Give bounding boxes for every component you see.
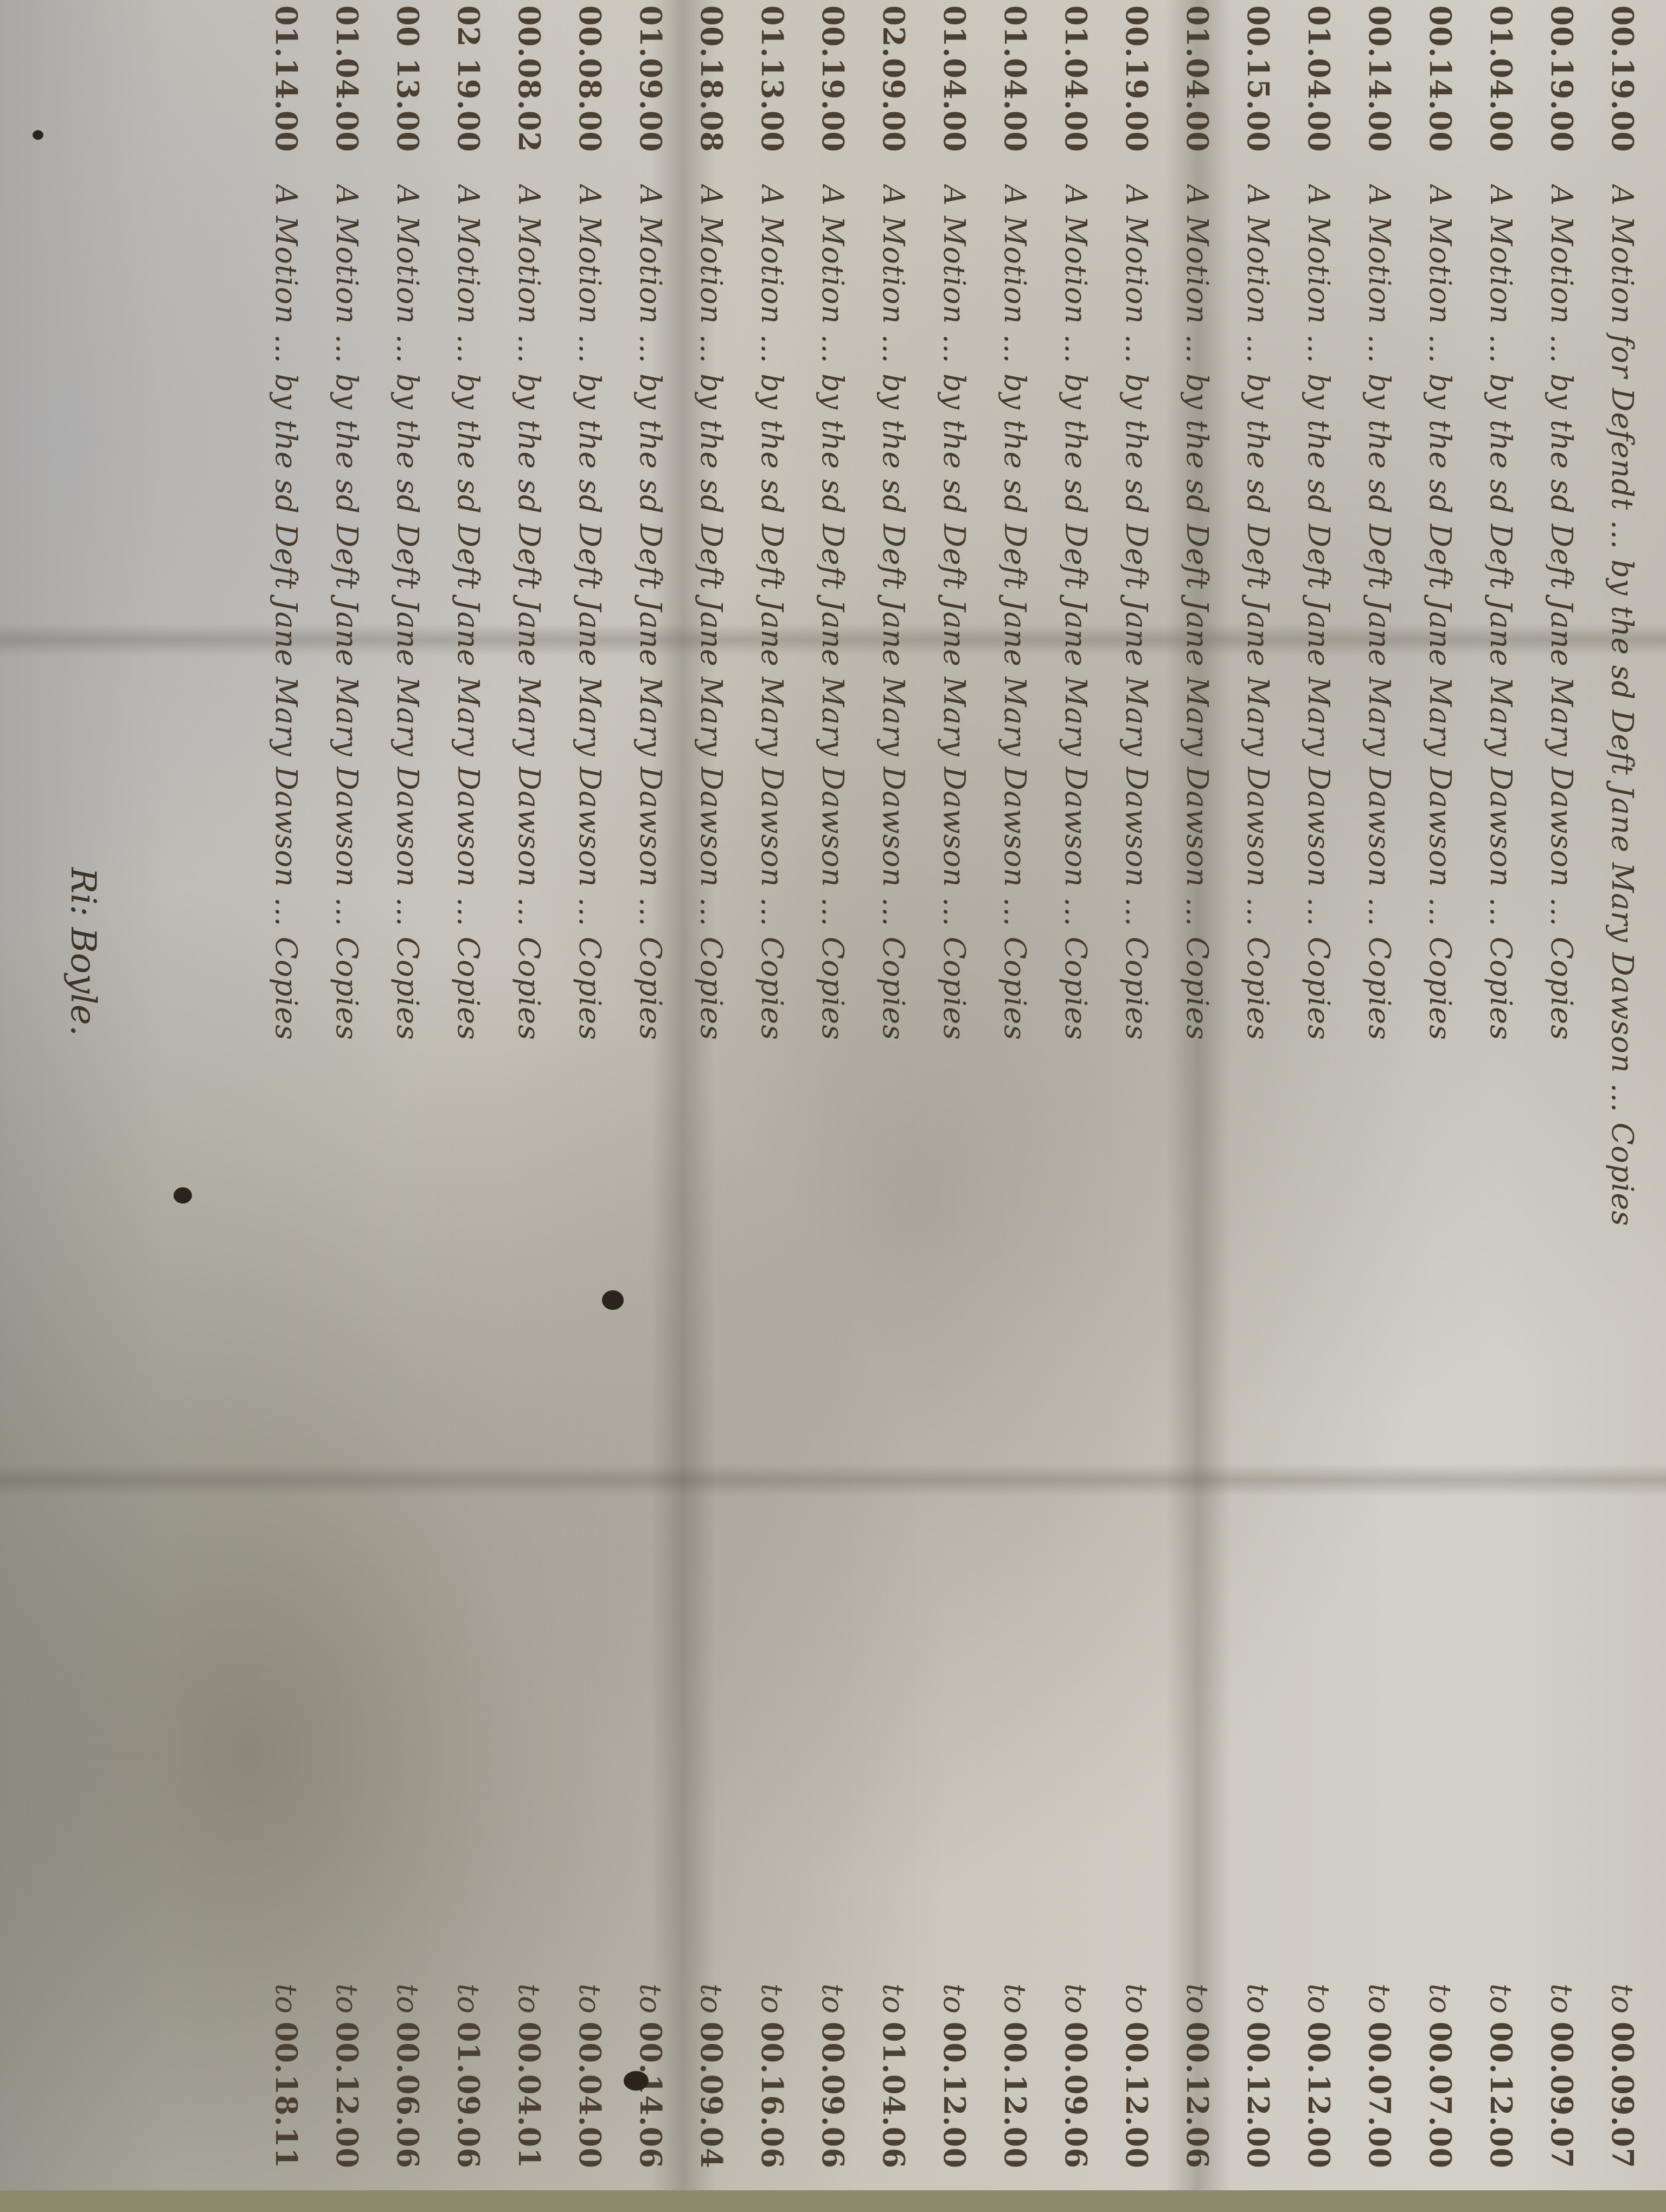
manuscript-line: 01.04.00A Motion ... by the sd Deft Jane… [1295, 0, 1356, 2190]
entry-description: A Motion ... by the sd Deft Jane Mary Da… [1545, 184, 1579, 1887]
entry-to-label: to [1180, 1984, 1214, 2014]
entry-amount: to00.09.06 [1059, 1887, 1093, 2190]
entry-description: A Motion ... by the sd Deft Jane Mary Da… [634, 184, 668, 1887]
entry-to-label: to [876, 1984, 911, 2014]
manuscript-line: 00.15.00A Motion ... by the sd Deft Jane… [1234, 0, 1295, 2190]
entry-amount-value: 00.12.00 [998, 2022, 1033, 2169]
entry-sum: 01.04.00 [1484, 0, 1518, 184]
entry-amount: to00.12.00 [1302, 1887, 1336, 2190]
entry-sum: 00 13.00 [390, 0, 425, 184]
entry-amount: to00.12.06 [1180, 1887, 1215, 2190]
entry-sum: 01.04.00 [1180, 0, 1215, 184]
entry-amount-value: 00.18.11 [269, 2022, 304, 2169]
manuscript-line: 02.09.00A Motion ... by the sd Deft Jane… [870, 0, 931, 2190]
entry-amount-value: 00.07.00 [1423, 2022, 1458, 2169]
entry-description: A Motion for Defendt ... by the sd Deft … [1606, 184, 1640, 1887]
manuscript-line: 01.04.00A Motion ... by the sd Deft Jane… [1174, 0, 1234, 2190]
manuscript-line-text: 01.04.00A Motion ... by the sd Deft Jane… [317, 0, 377, 2190]
entry-amount-value: 00.16.06 [755, 2022, 790, 2169]
entry-to-label: to [1605, 1984, 1639, 2014]
entry-sum: 00.19.00 [816, 0, 850, 184]
manuscript-line-text: 01.04.00A Motion ... by the sd Deft Jane… [924, 0, 985, 2190]
manuscript-line: 01.04.00A Motion ... by the sd Deft Jane… [931, 0, 991, 2190]
entry-sum: 00.14.00 [1423, 0, 1458, 184]
entry-description: A Motion ... by the sd Deft Jane Mary Da… [1424, 184, 1458, 1887]
entry-amount: to00.07.00 [1362, 1887, 1397, 2190]
manuscript-line-text: 00.19.00A Motion ... by the sd Deft Jane… [1106, 0, 1167, 2190]
entry-description: A Motion ... by the sd Deft Jane Mary Da… [270, 184, 304, 1887]
manuscript-line-text: 01.04.00A Motion ... by the sd Deft Jane… [1289, 0, 1349, 2190]
entry-to-label: to [1423, 1984, 1457, 2014]
entry-amount: to00.18.11 [269, 1887, 304, 2190]
entry-sum: 02 19.00 [451, 0, 486, 184]
entry-sum: 02.09.00 [876, 0, 911, 184]
entry-description: A Motion ... by the sd Deft Jane Mary Da… [1484, 184, 1518, 1887]
entry-description: A Motion ... by the sd Deft Jane Mary Da… [330, 184, 364, 1887]
entry-sum: 00.08.00 [573, 0, 607, 184]
entry-to-label: to [1059, 1984, 1093, 2014]
entry-to-label: to [269, 1984, 303, 2014]
entry-amount: to00.07.00 [1423, 1887, 1458, 2190]
manuscript-line: 01.14.00A Motion ... by the sd Deft Jane… [262, 0, 323, 2190]
manuscript-line-text: 01.04.00A Motion ... by the sd Deft Jane… [985, 0, 1046, 2190]
entry-to-label: to [451, 1984, 485, 2014]
manuscript-line-text: 00.08.00A Motion ... by the sd Deft Jane… [560, 0, 620, 2190]
manuscript-line-text: 01.09.00A Motion ... by the sd Deft Jane… [620, 0, 681, 2190]
manuscript-line: 01.04.00A Motion ... by the sd Deft Jane… [323, 0, 384, 2190]
entry-to-label: to [1241, 1984, 1275, 2014]
manuscript-line: 01.09.00A Motion ... by the sd Deft Jane… [627, 0, 688, 2190]
entry-description: A Motion ... by the sd Deft Jane Mary Da… [998, 184, 1033, 1887]
entry-sum: 01.04.00 [1059, 0, 1093, 184]
entry-sum: 00.14.00 [1362, 0, 1397, 184]
entry-amount-value: 00.09.06 [1059, 2022, 1093, 2169]
manuscript-line: 01.13.00A Motion ... by the sd Deft Jane… [748, 0, 809, 2190]
entry-amount-value: 00.07.00 [1362, 2022, 1397, 2169]
entry-sum: 00.08.02 [512, 0, 547, 184]
entry-amount: to00.12.00 [937, 1887, 972, 2190]
manuscript-line-text: 00.19.00A Motion for Defendt ... by the … [1592, 0, 1653, 2190]
entry-sum: 01.13.00 [755, 0, 790, 184]
entry-to-label: to [1302, 1984, 1336, 2014]
entry-amount: to00.12.00 [998, 1887, 1033, 2190]
entry-to-label: to [1119, 1984, 1154, 2014]
entry-description: A Motion ... by the sd Deft Jane Mary Da… [573, 184, 607, 1887]
entry-description: A Motion ... by the sd Deft Jane Mary Da… [755, 184, 790, 1887]
entry-amount: to00.12.00 [1241, 1887, 1276, 2190]
entry-sum: 01.09.00 [633, 0, 668, 184]
entry-amount: to00.09.07 [1605, 1887, 1640, 2190]
entry-amount-value: 00.09.07 [1605, 2022, 1640, 2169]
ink-blot [624, 2071, 649, 2091]
ink-blot [174, 1187, 192, 1204]
manuscript-line: 00.19.00A Motion ... by the sd Deft Jane… [1113, 0, 1174, 2190]
manuscript-line-text: 01.04.00A Motion ... by the sd Deft Jane… [1167, 0, 1228, 2190]
manuscript-line-text: 00.14.00A Motion ... by the sd Deft Jane… [1349, 0, 1410, 2190]
entry-sum: 01.04.00 [330, 0, 364, 184]
entry-amount: to00.04.01 [512, 1887, 547, 2190]
signature: Ri: Boyle. [38, 867, 103, 1355]
manuscript-line-text: 01.04.00A Motion ... by the sd Deft Jane… [1046, 0, 1106, 2190]
entry-amount-value: 00.09.04 [694, 2022, 729, 2169]
entry-description: A Motion ... by the sd Deft Jane Mary Da… [1059, 184, 1093, 1887]
entry-amount: to00.12.00 [1484, 1887, 1518, 2190]
entry-to-label: to [816, 1984, 850, 2014]
entry-to-label: to [1362, 1984, 1396, 2014]
entry-description: A Motion ... by the sd Deft Jane Mary Da… [1120, 184, 1154, 1887]
entry-amount-value: 00.04.01 [512, 2022, 547, 2169]
entry-amount-value: 01.04.06 [876, 2022, 911, 2169]
entry-sum: 01.04.00 [937, 0, 972, 184]
entry-sum: 01.14.00 [269, 0, 304, 184]
manuscript-line: 01.04.00A Motion ... by the sd Deft Jane… [991, 0, 1052, 2190]
manuscript-line-text: 01.14.00A Motion ... by the sd Deft Jane… [256, 0, 317, 2190]
manuscript-line: 00.08.00A Motion ... by the sd Deft Jane… [566, 0, 627, 2190]
entry-sum: 00.19.00 [1545, 0, 1579, 184]
entry-description: A Motion ... by the sd Deft Jane Mary Da… [452, 184, 486, 1887]
entry-sum: 00.19.00 [1605, 0, 1640, 184]
manuscript-line-text: 01.04.00A Motion ... by the sd Deft Jane… [1471, 0, 1532, 2190]
entry-sum: 00.18.08 [694, 0, 729, 184]
entry-to-label: to [1545, 1984, 1579, 2014]
entry-to-label: to [573, 1984, 607, 2014]
manuscript-line: 00.14.00A Motion ... by the sd Deft Jane… [1356, 0, 1417, 2190]
manuscript-line: 00.18.08A Motion ... by the sd Deft Jane… [688, 0, 748, 2190]
manuscript-line: 00 13.00A Motion ... by the sd Deft Jane… [384, 0, 445, 2190]
entry-amount-value: 00.09.07 [1545, 2022, 1579, 2169]
manuscript-line-text: 02 19.00A Motion ... by the sd Deft Jane… [438, 0, 499, 2190]
manuscript-line: 01.04.00A Motion ... by the sd Deft Jane… [1477, 0, 1538, 2190]
entry-amount: to01.09.06 [451, 1887, 486, 2190]
entry-to-label: to [755, 1984, 789, 2014]
ink-blot [33, 130, 43, 140]
entry-amount: to00.09.07 [1545, 1887, 1579, 2190]
entry-amount: to00.09.04 [694, 1887, 729, 2190]
entry-amount-value: 00.12.00 [1484, 2022, 1518, 2169]
entry-description: A Motion ... by the sd Deft Jane Mary Da… [938, 184, 972, 1887]
entry-to-label: to [1484, 1984, 1518, 2014]
entry-sum: 01.04.00 [998, 0, 1033, 184]
entry-amount: to00.06.06 [390, 1887, 425, 2190]
entry-amount: to00.16.06 [755, 1887, 790, 2190]
manuscript-line: 00.08.02A Motion ... by the sd Deft Jane… [505, 0, 566, 2190]
entry-amount: to00.12.00 [1119, 1887, 1154, 2190]
entry-amount-value: 00.12.00 [1119, 2022, 1154, 2169]
entry-amount: to00.09.06 [816, 1887, 850, 2190]
entry-sum: 00.19.00 [1119, 0, 1154, 184]
manuscript-line-text: 00.19.00A Motion ... by the sd Deft Jane… [803, 0, 863, 2190]
entry-amount-value: 00.09.06 [816, 2022, 850, 2169]
ink-blot [602, 1290, 624, 1310]
entry-to-label: to [937, 1984, 971, 2014]
entry-amount-value: 00.12.00 [330, 2022, 364, 2169]
manuscript-line-text: 00.08.02A Motion ... by the sd Deft Jane… [499, 0, 560, 2190]
manuscript-line-text: 00 13.00A Motion ... by the sd Deft Jane… [377, 0, 438, 2190]
entry-description: A Motion ... by the sd Deft Jane Mary Da… [1241, 184, 1276, 1887]
manuscript-line-text: 02.09.00A Motion ... by the sd Deft Jane… [863, 0, 924, 2190]
manuscript-line-text: 00.15.00A Motion ... by the sd Deft Jane… [1228, 0, 1289, 2190]
manuscript-line: 00.19.00A Motion ... by the sd Deft Jane… [1538, 0, 1599, 2190]
entry-amount-value: 00.06.06 [390, 2022, 425, 2169]
manuscript-lines: 00.19.00A Motion for Defendt ... by the … [141, 0, 1659, 2190]
manuscript-line: 01.04.00A Motion ... by the sd Deft Jane… [1052, 0, 1113, 2190]
entry-amount: to00.12.00 [330, 1887, 364, 2190]
manuscript-line: 02 19.00A Motion ... by the sd Deft Jane… [445, 0, 505, 2190]
entry-to-label: to [633, 1984, 668, 2014]
entry-description: A Motion ... by the sd Deft Jane Mary Da… [816, 184, 850, 1887]
entry-description: A Motion ... by the sd Deft Jane Mary Da… [877, 184, 911, 1887]
manuscript-line-text: 00.14.00A Motion ... by the sd Deft Jane… [1410, 0, 1471, 2190]
entry-amount-value: 00.04.00 [573, 2022, 607, 2169]
entry-to-label: to [512, 1984, 546, 2014]
table-surface [0, 2190, 1666, 2212]
entry-sum: 01.04.00 [1302, 0, 1336, 184]
manuscript-line-text: 00.19.00A Motion ... by the sd Deft Jane… [1532, 0, 1592, 2190]
entry-sum: 00.15.00 [1241, 0, 1276, 184]
entry-description: A Motion ... by the sd Deft Jane Mary Da… [1363, 184, 1397, 1887]
entry-amount-value: 00.12.00 [1241, 2022, 1276, 2169]
entry-amount-value: 00.12.00 [1302, 2022, 1336, 2169]
entry-description: A Motion ... by the sd Deft Jane Mary Da… [1302, 184, 1336, 1887]
entry-amount-value: 00.12.06 [1180, 2022, 1215, 2169]
entry-to-label: to [390, 1984, 425, 2014]
entry-amount: to00.14.06 [633, 1887, 668, 2190]
entry-description: A Motion ... by the sd Deft Jane Mary Da… [512, 184, 547, 1887]
entry-amount-value: 00.14.06 [633, 2022, 668, 2169]
manuscript-line-text: 01.13.00A Motion ... by the sd Deft Jane… [742, 0, 803, 2190]
manuscript-line: 00.19.00A Motion ... by the sd Deft Jane… [809, 0, 870, 2190]
manuscript-line-text: 00.18.08A Motion ... by the sd Deft Jane… [681, 0, 742, 2190]
entry-to-label: to [694, 1984, 728, 2014]
entry-amount: to01.04.06 [876, 1887, 911, 2190]
manuscript-line: 00.19.00A Motion for Defendt ... by the … [1599, 0, 1659, 2190]
entry-description: A Motion ... by the sd Deft Jane Mary Da… [391, 184, 425, 1887]
entry-amount-value: 00.12.00 [937, 2022, 972, 2169]
entry-amount-value: 01.09.06 [451, 2022, 486, 2169]
entry-to-label: to [998, 1984, 1032, 2014]
entry-to-label: to [330, 1984, 364, 2014]
entry-amount: to00.04.00 [573, 1887, 607, 2190]
entry-description: A Motion ... by the sd Deft Jane Mary Da… [695, 184, 729, 1887]
entry-description: A Motion ... by the sd Deft Jane Mary Da… [1181, 184, 1215, 1887]
manuscript-line: 00.14.00A Motion ... by the sd Deft Jane… [1417, 0, 1477, 2190]
